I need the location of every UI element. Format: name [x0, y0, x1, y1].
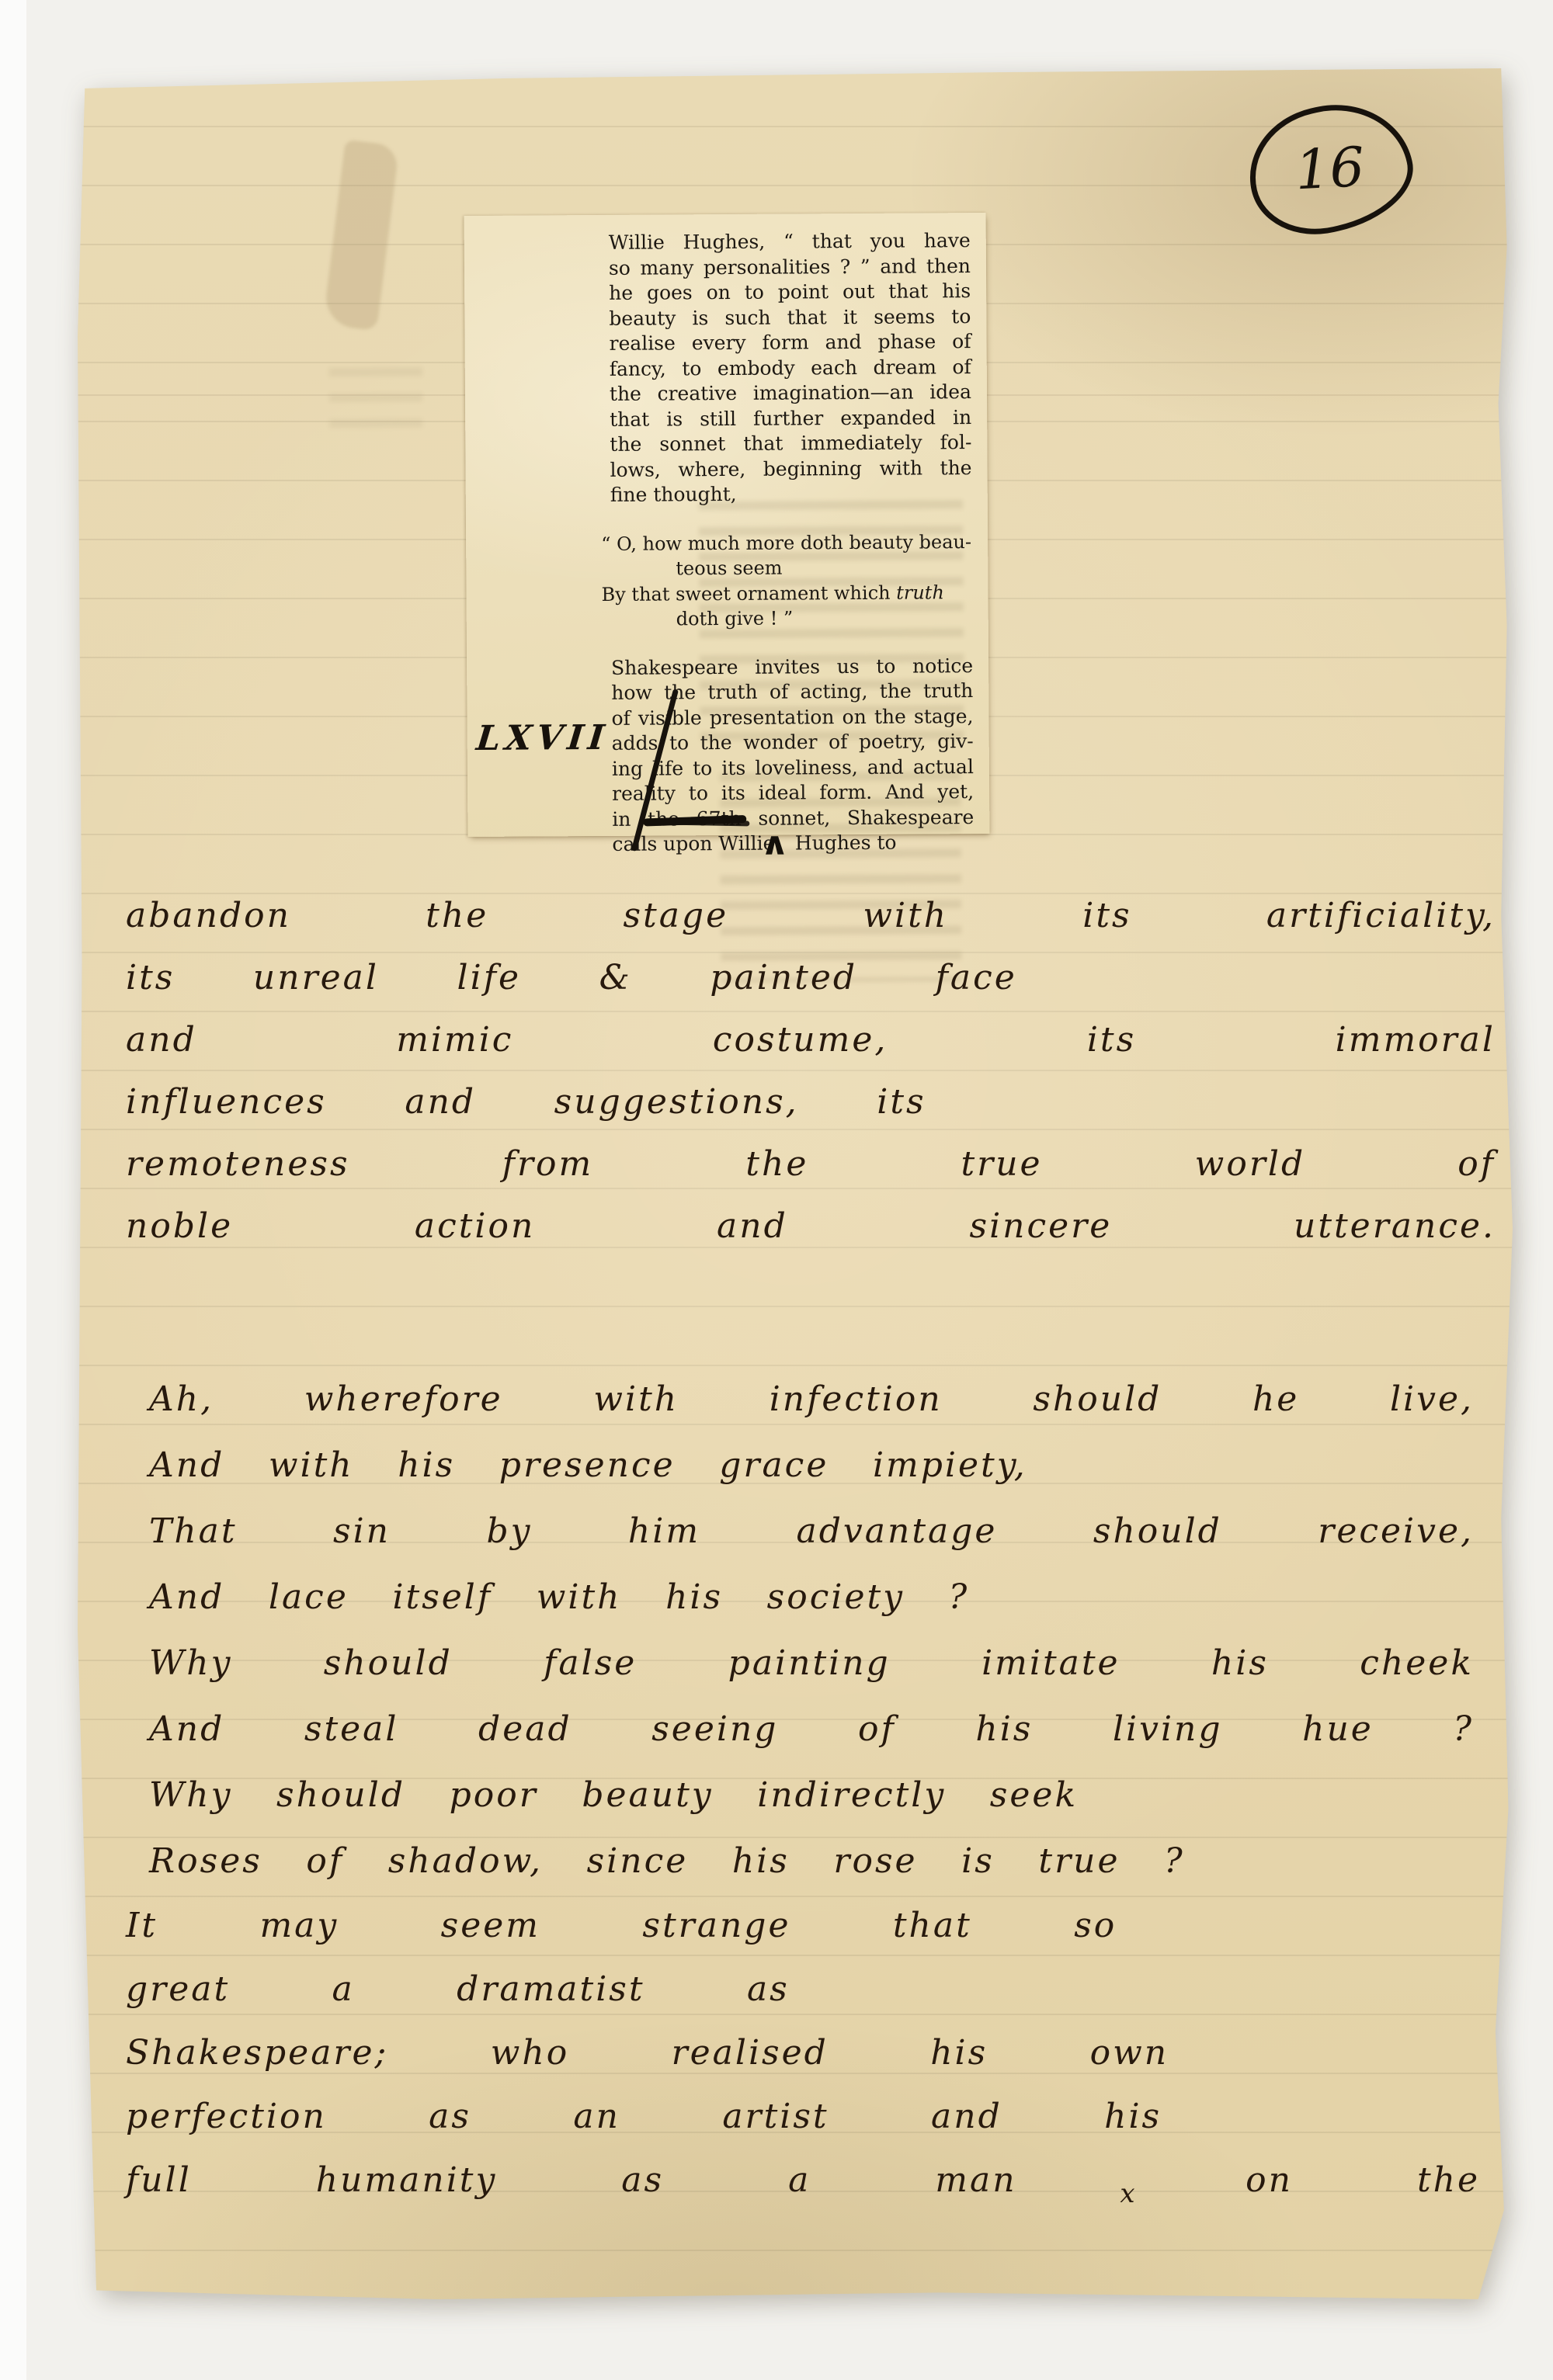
- handwritten-line: Roses of shadow, since his rose is true …: [149, 1828, 1474, 1894]
- insertion-x-mark: x: [1120, 2162, 1137, 2226]
- handwritten-line: It may seem strange that so: [126, 1894, 1480, 1958]
- handwritten-line: That sin by him advantage should receive…: [149, 1498, 1474, 1564]
- handwritten-line: perfection as an artist and his: [126, 2085, 1480, 2149]
- tape-residue-mark: [323, 140, 400, 331]
- print-line: calls upon Willie∧ Hughes to: [612, 830, 974, 857]
- print-line: fancy, to embody each dream of: [610, 355, 971, 382]
- italic-word-truth: truth: [896, 581, 944, 603]
- handwritten-line: Ah, wherefore with infection should he l…: [149, 1366, 1474, 1432]
- print-line: fine thought,: [610, 481, 972, 508]
- page-number-circle: 16: [1236, 88, 1423, 248]
- handwritten-line: abandon the stage with its artificiality…: [126, 885, 1496, 947]
- print-line: that is still further expanded in: [610, 405, 971, 432]
- clipping-paragraph-1: Willie Hughes, “ that you have so many p…: [609, 228, 972, 508]
- handwritten-line: remoteness from the true world of: [126, 1133, 1496, 1195]
- printed-sonnet-quote: “ O, how much more doth beauty beau- teo…: [601, 529, 973, 633]
- manuscript-page: 16 Willie Hughes, “ that you have so man…: [78, 68, 1513, 2299]
- printed-clipping: Willie Hughes, “ that you have so many p…: [464, 213, 990, 837]
- print-line: lows, where, beginning with the: [610, 456, 971, 483]
- handwritten-line: Why should poor beauty indirectly seek: [149, 1762, 1474, 1828]
- print-line: ing life to its loveliness, and actual: [612, 755, 974, 782]
- handwritten-line: full humanity as a man x on the: [126, 2149, 1480, 2215]
- quote-line: “ O, how much more doth beauty beau-: [601, 529, 972, 557]
- handwritten-text: on the: [1246, 2160, 1480, 2200]
- bleed-through-smudge: [329, 367, 423, 438]
- scan-background-edge: [0, 0, 26, 2380]
- clipping-text-column: Willie Hughes, “ that you have so many p…: [609, 228, 975, 857]
- margin-sonnet-number: LXVII: [474, 718, 610, 758]
- print-line: in the 67th sonnet, Shakespeare: [612, 805, 974, 832]
- handwritten-line: great a dramatist as: [126, 1958, 1480, 2021]
- print-line: the sonnet that immediately fol-: [610, 430, 971, 457]
- handwritten-line: and mimic costume, its immoral: [126, 1009, 1496, 1071]
- handwritten-text: full humanity as a man: [126, 2160, 1017, 2200]
- handwritten-line: And steal dead seeing of his living hue …: [149, 1696, 1474, 1762]
- print-line: Willie Hughes, “ that you have: [609, 228, 971, 255]
- strikethrough-text: the 67th: [648, 807, 742, 830]
- handwritten-line: its unreal life & painted face: [126, 947, 1496, 1009]
- print-line: the creative imagination—an idea: [610, 380, 971, 407]
- print-line: reality to its ideal form. And yet,: [612, 779, 974, 807]
- print-line: beauty is such that it seems to: [609, 304, 971, 331]
- print-line: how the truth of acting, the truth: [611, 678, 973, 706]
- handwritten-line: influences and suggestions, its: [126, 1071, 1496, 1133]
- handwritten-line: noble action and sincere utterance.: [126, 1195, 1496, 1258]
- handwritten-line: And with his presence grace impiety,: [149, 1432, 1474, 1498]
- quote-text: By that sweet ornament which: [601, 581, 896, 605]
- quote-line: By that sweet ornament which truth: [601, 580, 972, 607]
- handwritten-paragraph-3: It may seem strange that so great a dram…: [126, 1894, 1480, 2215]
- handwritten-sonnet-quote: Ah, wherefore with infection should he l…: [149, 1366, 1474, 1894]
- page-number: 16: [1294, 135, 1366, 203]
- print-line: Shakespeare invites us to notice: [611, 654, 973, 681]
- handwritten-line: Why should false painting imitate his ch…: [149, 1630, 1474, 1696]
- quote-line: doth give ! ”: [602, 605, 973, 632]
- handwritten-line: And lace itself with his society ?: [149, 1564, 1474, 1630]
- quote-line: teous seem: [601, 554, 972, 581]
- scanned-manuscript-page: { "page": { "number": "16" }, "colors": …: [0, 0, 1553, 2380]
- handwritten-paragraph-1: abandon the stage with its artificiality…: [126, 885, 1496, 1258]
- paper-sheet: 16 Willie Hughes, “ that you have so man…: [78, 68, 1513, 2299]
- print-line: he goes on to point out that his: [609, 279, 971, 306]
- print-line: realise every form and phase of: [609, 329, 971, 356]
- print-text: Hughes to: [789, 831, 897, 855]
- handwritten-line: Shakespeare; who realised his own: [126, 2021, 1480, 2085]
- clipping-paragraph-2: Shakespeare invites us to notice how the…: [611, 654, 975, 858]
- print-line: so many personalities ? ” and then: [609, 254, 971, 281]
